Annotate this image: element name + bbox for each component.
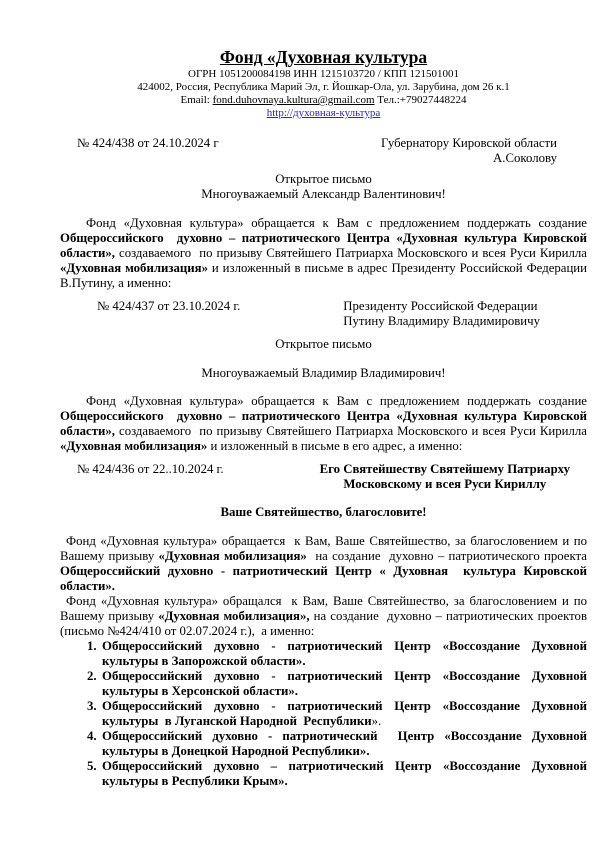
bold-run: Общероссийский духовно - патриотический … <box>102 729 590 758</box>
letterhead: Фонд «Духовная культура ОГРН 10512000841… <box>60 46 587 120</box>
bold-run: «Духовная мобилизация» <box>159 549 307 563</box>
org-address-line: 424002, Россия, Республика Марий Эл, г. … <box>60 81 587 94</box>
ref-number-3: № 424/436 от 22..10.2024 г. <box>77 462 224 492</box>
bold-run: Общероссийский духовно - патриотический … <box>102 639 590 668</box>
list-item: 1. Общероссийский духовно - патриотическ… <box>60 639 587 669</box>
salutation-patriarch: Ваше Святейшество, благословите! <box>60 505 587 520</box>
ref-row-patriarch: № 424/436 от 22..10.2024 г. Его Святейше… <box>60 462 587 492</box>
bold-run: Общероссийский духовно - патриотический … <box>60 564 590 593</box>
org-registration-line: ОГРН 1051200084198 ИНН 1215103720 / КПП … <box>60 68 587 81</box>
addressee-line: Московскому и всея Руси Кириллу <box>320 477 570 492</box>
addressee-line: Губернатору Кировской области <box>381 136 557 151</box>
document-page: Фонд «Духовная культура ОГРН 10512000841… <box>0 0 600 850</box>
text-run: и изложенный в письме в его адрес, а име… <box>207 439 462 453</box>
bold-run: Общероссийский духовно – патриотический … <box>102 759 590 788</box>
org-contact-line: Email: fond.duhovnaya.kultura@gmail.com … <box>60 94 587 107</box>
text-run: Фонд «Духовная культура» обращается к Ва… <box>86 394 590 408</box>
list-item-number: 5. <box>87 759 102 789</box>
bold-run: Общероссийский духовно - патриотический … <box>102 699 590 728</box>
addressee-line: Его Святейшеству Святейшему Патриарху <box>320 462 570 477</box>
paragraph-letter-2: Фонд «Духовная культура» обращается к Ва… <box>60 394 587 454</box>
text-run: на создание духовно – патриотического пр… <box>307 549 590 563</box>
bold-run: «Духовная мобилизация» <box>60 261 208 275</box>
org-website-line: http://духовная-культура <box>60 107 587 120</box>
list-item-text: Общероссийский духовно - патриотический … <box>102 699 587 729</box>
list-item-number: 2. <box>87 669 102 699</box>
text-run: создаваемого по призыву Святейшего Патри… <box>115 246 590 260</box>
text-run: создаваемого по призыву Святейшего Патри… <box>115 424 590 438</box>
list-item: 4. Общероссийский духовно - патриотическ… <box>60 729 587 759</box>
paragraph-patriarch-2: Фонд «Духовная культура» обращался к Вам… <box>60 594 587 639</box>
list-item-number: 1. <box>87 639 102 669</box>
list-item: 5. Общероссийский духовно – патриотическ… <box>60 759 587 789</box>
list-item-number: 4. <box>87 729 102 759</box>
org-title: Фонд «Духовная культура <box>60 46 587 68</box>
paragraph-patriarch-1: Фонд «Духовная культура» обращается к Ва… <box>60 534 587 594</box>
addressee-governor: Губернатору Кировской области А.Соколову <box>381 136 557 166</box>
bold-run: Общероссийский духовно - патриотический … <box>102 669 590 698</box>
bold-run: «Духовная мобилизация» <box>60 439 207 453</box>
list-item-number: 3. <box>87 699 102 729</box>
email-link[interactable]: fond.duhovnaya.kultura@gmail.com <box>213 94 375 106</box>
text-run: Фонд «Духовная культура» обращается к Ва… <box>86 216 590 230</box>
ref-row-president: № 424/437 от 23.10.2024 г. Президенту Ро… <box>60 299 587 329</box>
addressee-line: Президенту Российской Федерации <box>343 299 540 314</box>
salutation-1: Многоуважаемый Александр Валентинович! <box>60 187 587 202</box>
website-link[interactable]: http://духовная-культура <box>267 107 380 119</box>
salutation-2: Многоуважаемый Владимир Владимирович! <box>60 366 587 381</box>
addressee-patriarch: Его Святейшеству Святейшему Патриарху Мо… <box>320 462 570 492</box>
list-item: 2. Общероссийский духовно - патриотическ… <box>60 669 587 699</box>
addressee-line: Путину Владимиру Владимировичу <box>343 314 540 329</box>
paragraph-letter-1: Фонд «Духовная культура» обращается к Ва… <box>60 216 587 291</box>
ref-number-2: № 424/437 от 23.10.2024 г. <box>97 299 240 329</box>
phone-number: Тел.:+79027448224 <box>375 94 467 106</box>
list-item-text: Общероссийский духовно - патриотический … <box>102 729 587 759</box>
list-item-text: Общероссийский духовно - патриотический … <box>102 639 587 669</box>
text-run: ». <box>372 714 382 728</box>
bold-run: «Духовная мобилизация», <box>158 609 309 623</box>
email-label: Email: <box>181 94 213 106</box>
addressee-line: А.Соколову <box>381 151 557 166</box>
list-item: 3. Общероссийский духовно - патриотическ… <box>60 699 587 729</box>
ref-number-1: № 424/438 от 24.10.2024 г <box>77 136 219 166</box>
list-item-text: Общероссийский духовно - патриотический … <box>102 669 587 699</box>
ref-row-governor: № 424/438 от 24.10.2024 г Губернатору Ки… <box>60 136 587 166</box>
subject-open-letter-1: Открытое письмо <box>60 172 587 187</box>
projects-list: 1. Общероссийский духовно - патриотическ… <box>60 639 587 789</box>
list-item-text: Общероссийский духовно – патриотический … <box>102 759 587 789</box>
subject-open-letter-2: Открытое письмо <box>60 337 587 352</box>
addressee-president: Президенту Российской Федерации Путину В… <box>343 299 540 329</box>
